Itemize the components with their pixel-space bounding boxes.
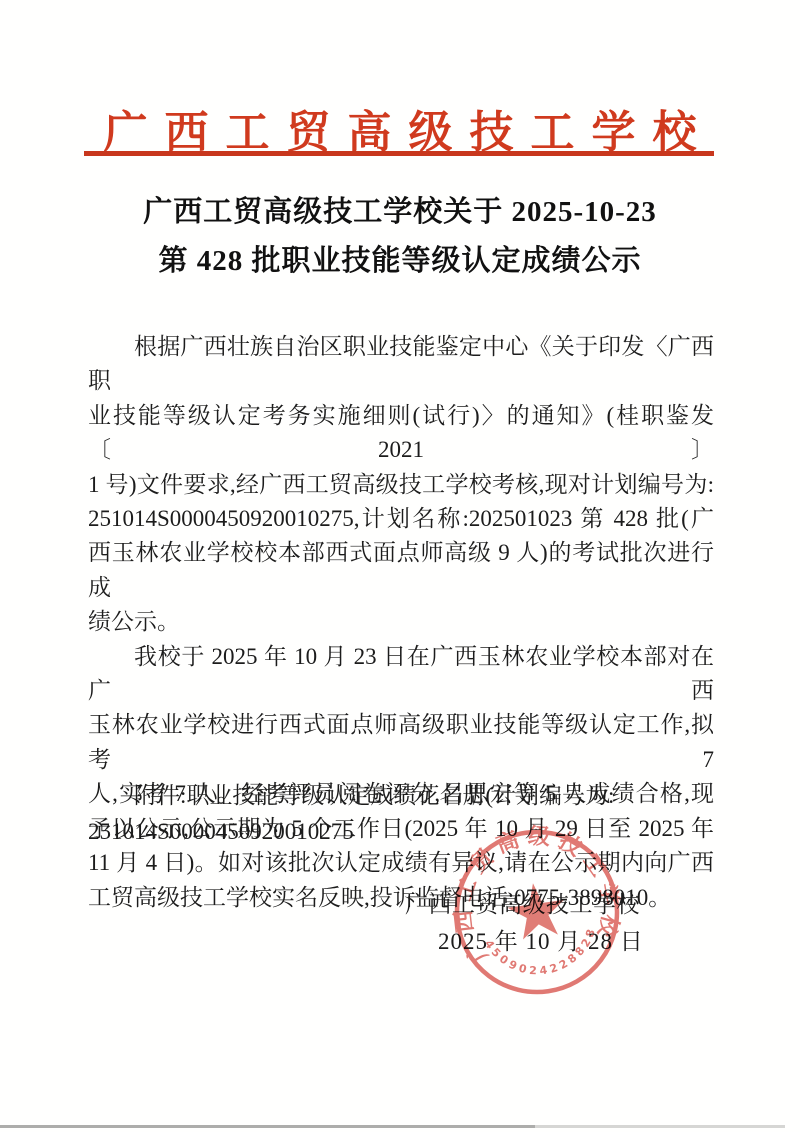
attachment-line1: 附件:职业技能等级认定成绩花名册(计划编号为: xyxy=(88,778,714,814)
attachment-note: 附件:职业技能等级认定成绩花名册(计划编号为: 251014S000045092… xyxy=(88,778,714,850)
paragraph2-line: 11 月 4 日)。如对该批次认定成绩有异议,请在公示期内向广西 xyxy=(88,846,714,880)
paragraph1-line: 绩公示。 xyxy=(88,605,714,639)
paragraph1-line: 西玉林农业学校校本部西式面点师高级 9 人)的考试批次进行成 xyxy=(88,536,714,605)
paragraph1-line: 业技能等级认定考务实施细则(试行)〉的通知》(桂职鉴发〔2021〕 xyxy=(88,399,714,468)
document-title-line2: 第 428 批职业技能等级认定成绩公示 xyxy=(60,237,740,286)
scan-edge-shadow xyxy=(0,1125,535,1128)
signature-date: 2025 年 10 月 28 日 xyxy=(438,923,644,956)
paragraph2-line: 玉林农业学校进行西式面点师高级职业技能等级认定工作,拟考 7 xyxy=(88,708,714,777)
scan-edge-shadow-light xyxy=(535,1125,785,1128)
document-title-line1: 广西工贸高级技工学校关于 2025-10-23 xyxy=(60,188,740,237)
signature-school-name: 广西工贸高级技工学校 xyxy=(405,886,640,919)
document-page: 广西工贸高级技工学校 广西工贸高级技工学校关于 2025-10-23 第 428… xyxy=(0,0,800,1132)
attachment-line2: 251014S0000450920010275 xyxy=(88,814,714,850)
paragraph1-line: 251014S0000450920010275,计划名称:202501023 第… xyxy=(88,502,714,536)
paragraph1-line: 根据广西壮族自治区职业技能鉴定中心《关于印发〈广西职 xyxy=(88,330,714,399)
letterhead-divider xyxy=(84,151,714,156)
paragraph1-line: 1 号)文件要求,经广西工贸高级技工学校考核,现对计划编号为: xyxy=(88,468,714,502)
paragraph2-line: 我校于 2025 年 10 月 23 日在广西玉林农业学校本部对在广西 xyxy=(88,640,714,709)
document-title: 广西工贸高级技工学校关于 2025-10-23 第 428 批职业技能等级认定成… xyxy=(60,188,740,286)
